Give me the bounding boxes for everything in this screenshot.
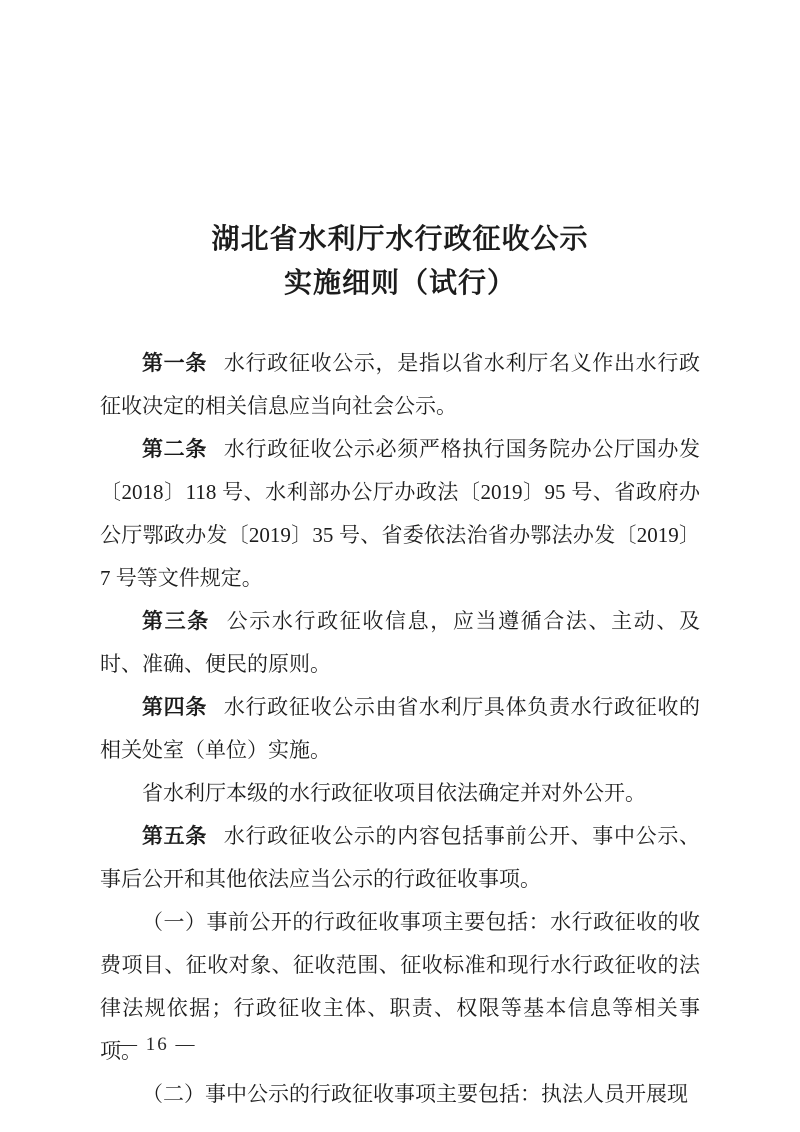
document-body: 第一条水行政征收公示，是指以省水利厅名义作出水行政征收决定的相关信息应当向社会公… xyxy=(100,342,700,1116)
page-number: — 16 — xyxy=(118,1034,197,1056)
document-title: 湖北省水利厅水行政征收公示 实施细则（试行） xyxy=(100,218,700,306)
article-number-6: 第五条 xyxy=(142,824,207,848)
article-paragraph-2: 第二条水行政征收公示必须严格执行国务院办公厅国办发〔2018〕118 号、水利部… xyxy=(100,428,700,600)
title-line-2: 实施细则（试行） xyxy=(100,262,700,306)
article-paragraph-3: 第三条公示水行政征收信息，应当遵循合法、主动、及时、准确、便民的原则。 xyxy=(100,600,700,686)
article-number-4: 第四条 xyxy=(142,695,207,719)
paragraph-text-5: 省水利厅本级的水行政征收项目依法确定并对外公开。 xyxy=(142,781,646,805)
article-paragraph-6: 第五条水行政征收公示的内容包括事前公开、事中公示、事后公开和其他依法应当公示的行… xyxy=(100,815,700,901)
article-number-3: 第三条 xyxy=(142,609,210,633)
body-paragraph-5: 省水利厅本级的水行政征收项目依法确定并对外公开。 xyxy=(100,772,700,815)
article-paragraph-1: 第一条水行政征收公示，是指以省水利厅名义作出水行政征收决定的相关信息应当向社会公… xyxy=(100,342,700,428)
body-paragraph-8: （二）事中公示的行政征收事项主要包括：执法人员开展现 xyxy=(100,1073,700,1116)
article-number-2: 第二条 xyxy=(142,437,207,461)
article-number-1: 第一条 xyxy=(142,351,207,375)
article-paragraph-4: 第四条水行政征收公示由省水利厅具体负责水行政征收的相关处室（单位）实施。 xyxy=(100,686,700,772)
document-page: 湖北省水利厅水行政征收公示 实施细则（试行） 第一条水行政征收公示，是指以省水利… xyxy=(0,0,800,1132)
paragraph-text-8: （二）事中公示的行政征收事项主要包括：执法人员开展现 xyxy=(142,1082,688,1106)
title-line-1: 湖北省水利厅水行政征收公示 xyxy=(100,218,700,262)
